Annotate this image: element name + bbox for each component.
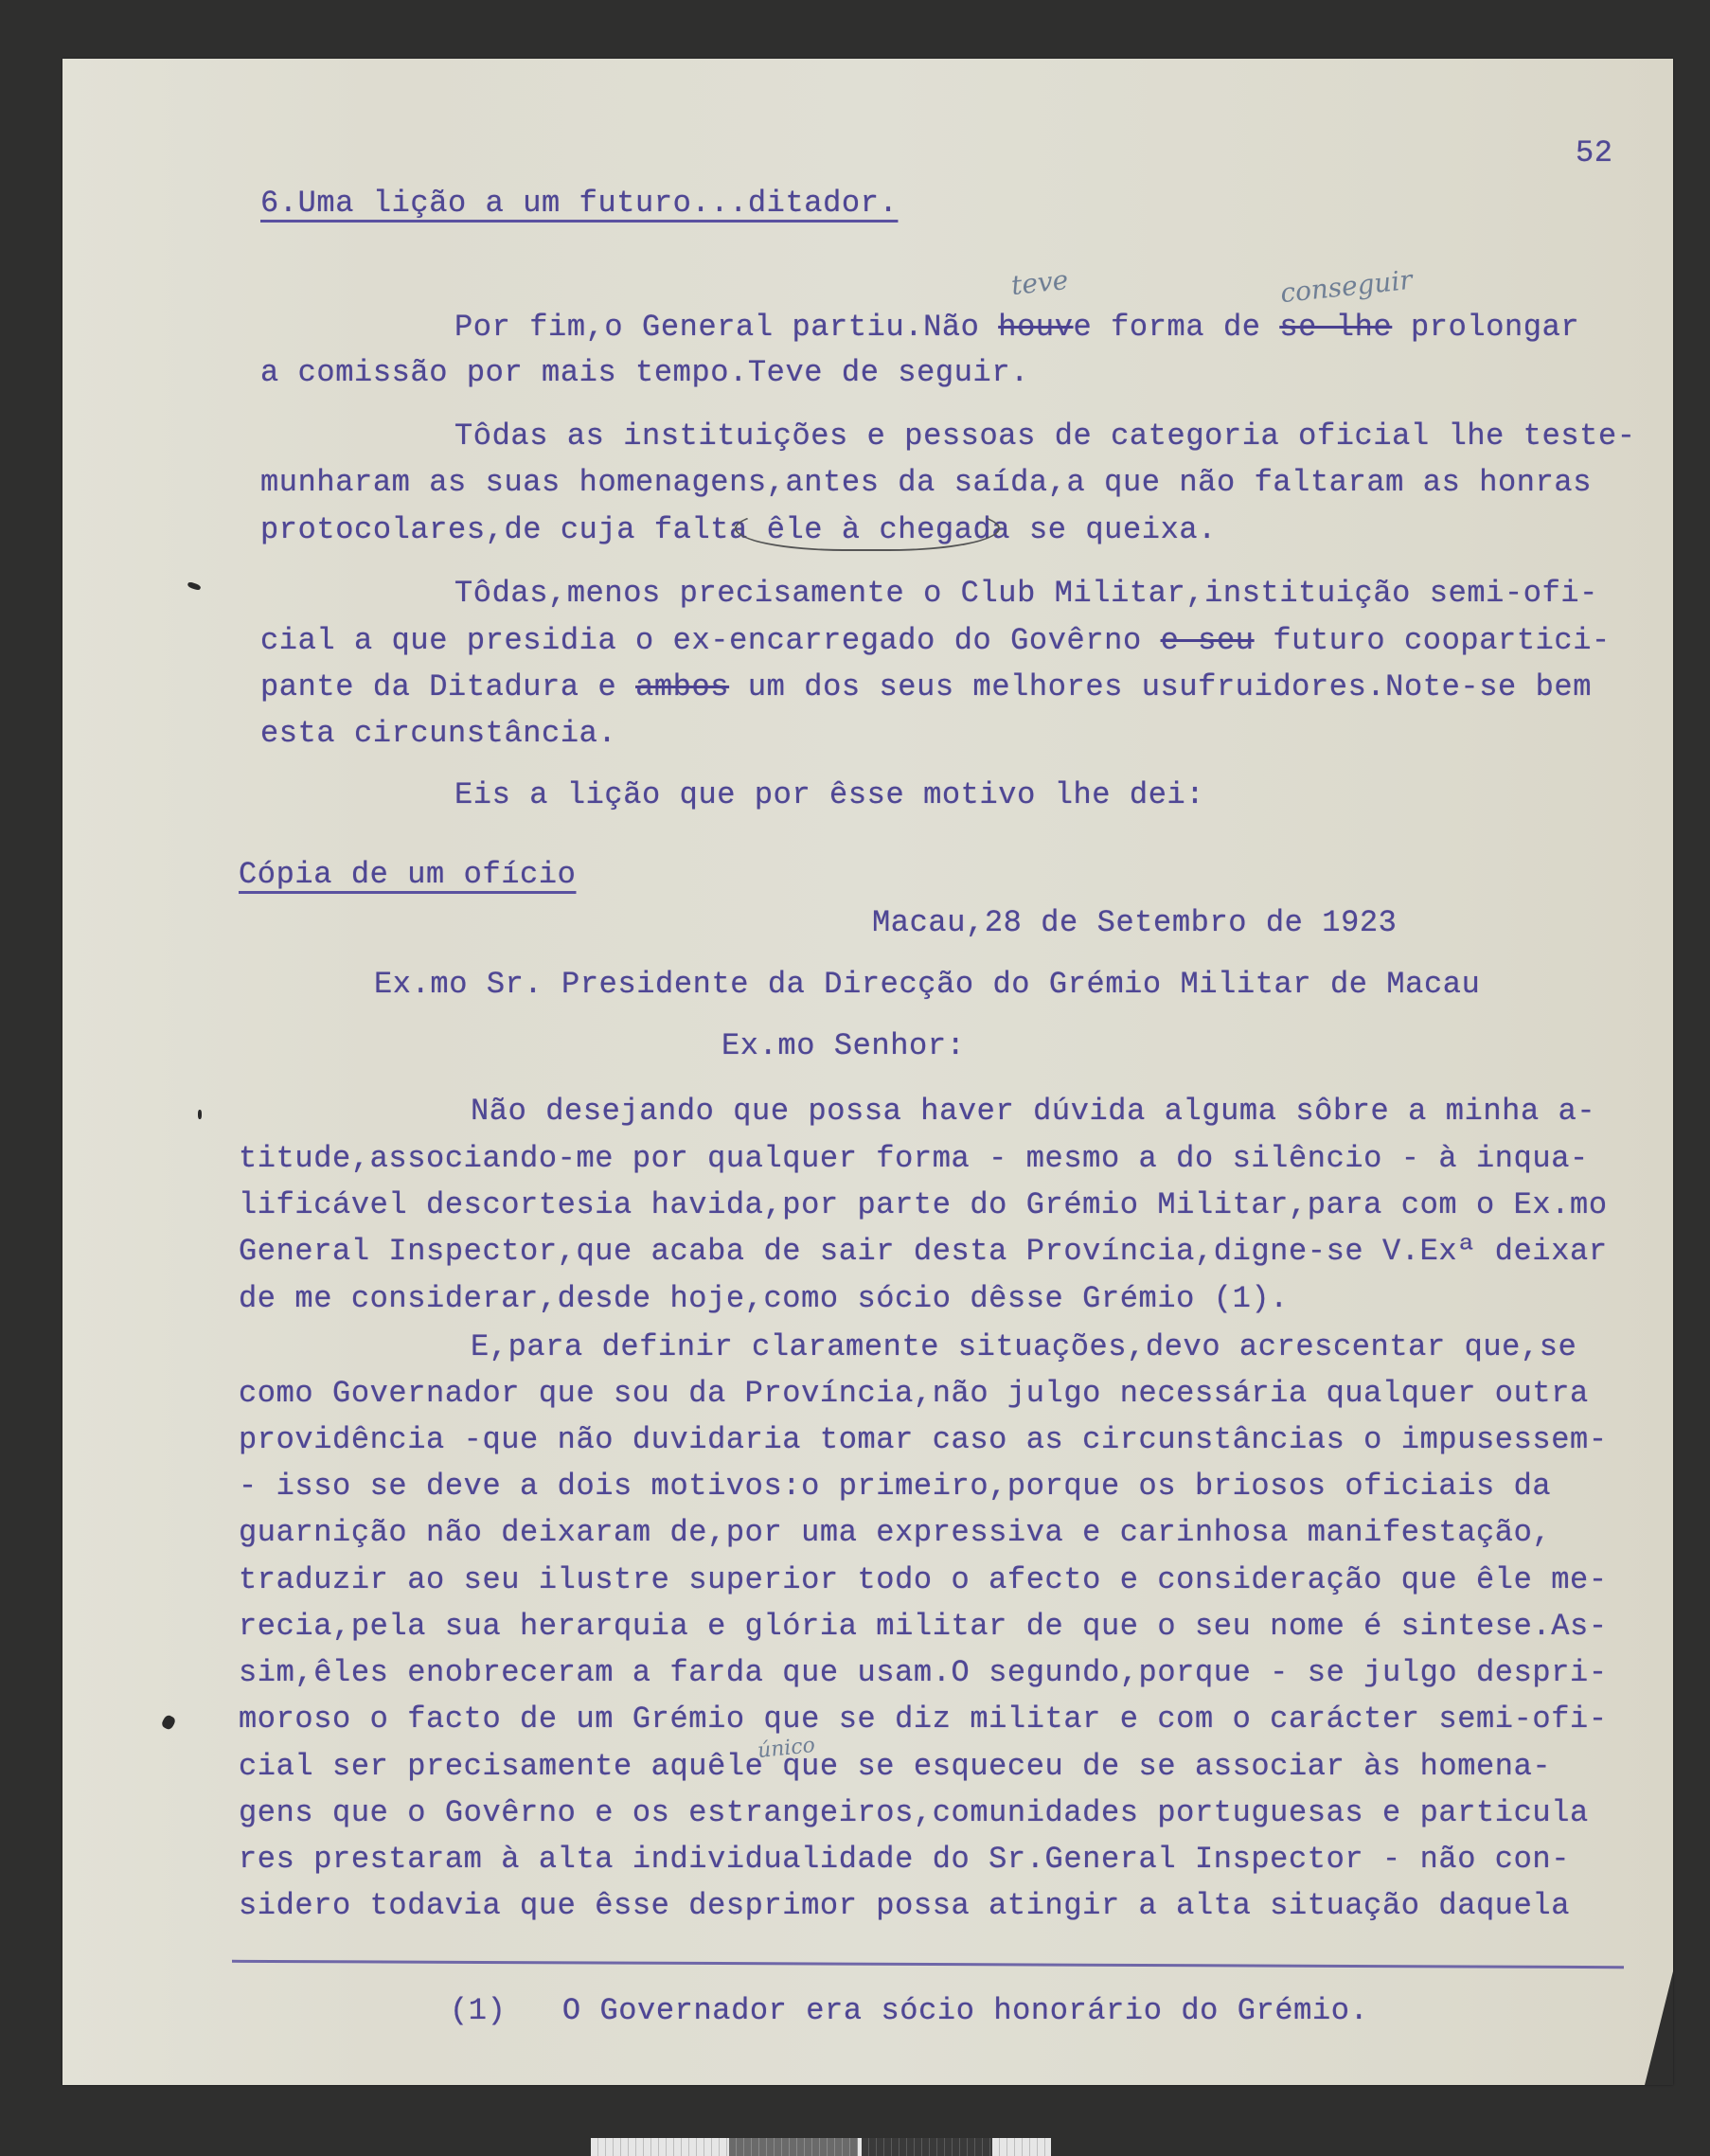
letter-paragraph-2-line-7: recia,pela sua herarquia e glória milita… bbox=[239, 1612, 1608, 1642]
letter-paragraph-1-line-4: General Inspector,que acaba de sair dest… bbox=[239, 1237, 1608, 1267]
text-segment: protocolares,de cuja falta bbox=[260, 512, 767, 547]
copy-heading: Cópia de um ofício bbox=[239, 860, 576, 890]
handwritten-bracket-mark bbox=[735, 506, 1000, 551]
paragraph-3-line-3: pante da Ditadura e ambos um dos seus me… bbox=[260, 672, 1592, 703]
letter-paragraph-2-line-8: sim,êles enobreceram a farda que usam.O … bbox=[239, 1658, 1608, 1688]
letter-paragraph-2-line-6: traduzir ao seu ilustre superior todo o … bbox=[239, 1565, 1608, 1595]
calibration-scale-white bbox=[591, 2138, 729, 2156]
paragraph-3-line-4: esta circunstância. bbox=[260, 719, 616, 749]
letter-date: Macau,28 de Setembro de 1923 bbox=[872, 908, 1398, 938]
struck-text: se lhe bbox=[1279, 310, 1392, 345]
letter-paragraph-2-line-3: providência -que não duvidaria tomar cas… bbox=[239, 1425, 1608, 1455]
paragraph-4-line-1: Eis a lição que por êsse motivo lhe dei: bbox=[454, 780, 1204, 811]
footnote-marker: (1) bbox=[450, 1993, 506, 2028]
letter-paragraph-1-line-2: titude,associando-me por qualquer forma … bbox=[239, 1144, 1589, 1174]
letter-paragraph-2-line-2: como Governador que sou da Província,não… bbox=[239, 1379, 1589, 1409]
struck-text: e seu bbox=[1161, 623, 1255, 658]
text-segment: cial a que presidia o ex-encarregado do … bbox=[260, 623, 1161, 658]
letter-paragraph-2-line-9: moroso o facto de um Grémio que se diz m… bbox=[239, 1704, 1608, 1735]
paragraph-2-line-2: munharam as suas homenagens,antes da saí… bbox=[260, 468, 1592, 498]
letter-paragraph-2-line-13: sidero todavia que êsse desprimor possa … bbox=[239, 1891, 1570, 1921]
text-segment: prolongar bbox=[1392, 310, 1579, 345]
paragraph-3-line-1: Tôdas,menos precisamente o Club Militar,… bbox=[454, 579, 1598, 609]
footnote: (1) O Governador era sócio honorário do … bbox=[450, 1996, 1368, 2026]
text-segment: se queixa. bbox=[1010, 512, 1217, 547]
handwritten-correction-teve: teve bbox=[1009, 264, 1069, 301]
struck-text: ambos bbox=[635, 669, 729, 704]
page-number: 52 bbox=[1576, 138, 1613, 169]
text-segment: e forma de bbox=[1074, 310, 1280, 345]
letter-paragraph-2-line-4: - isso se deve a dois motivos:o primeiro… bbox=[239, 1471, 1551, 1502]
footnote-text: O Governador era sócio honorário do Grém… bbox=[562, 1993, 1369, 2028]
letter-addressee: Ex.mo Sr. Presidente da Direcção do Grém… bbox=[374, 970, 1480, 1000]
letter-paragraph-1-line-3: lificável descortesia havida,por parte d… bbox=[239, 1190, 1608, 1221]
text-segment: futuro coopartici- bbox=[1255, 623, 1611, 658]
letter-paragraph-1-line-5: de me considerar,desde hoje,como sócio d… bbox=[239, 1284, 1289, 1314]
paragraph-1-line-1: Por fim,o General partiu.Não houve forma… bbox=[454, 312, 1579, 343]
letter-paragraph-1-line-1: Não desejando que possa haver dúvida alg… bbox=[471, 1096, 1595, 1127]
letter-paragraph-2-line-12: res prestaram à alta individualidade do … bbox=[239, 1844, 1570, 1875]
text-segment: pante da Ditadura e bbox=[260, 669, 635, 704]
letter-paragraph-2-line-1: E,para definir claramente situações,devo… bbox=[471, 1332, 1576, 1363]
struck-text: houv bbox=[998, 310, 1073, 345]
section-title: 6.Uma lição a um futuro...ditador. bbox=[260, 188, 898, 219]
text-segment: um dos seus melhores usufruidores.Note-s… bbox=[729, 669, 1592, 704]
paragraph-1-line-2: a comissão por mais tempo.Teve de seguir… bbox=[260, 358, 1029, 388]
footnote-spacer bbox=[506, 1993, 561, 2028]
paragraph-2-line-1: Tôdas as instituições e pessoas de categ… bbox=[454, 421, 1636, 452]
ink-speck bbox=[198, 1110, 202, 1119]
letter-paragraph-2-line-11: gens que o Govêrno e os estrangeiros,com… bbox=[239, 1798, 1589, 1828]
letter-salutation: Ex.mo Senhor: bbox=[721, 1031, 965, 1061]
text-segment: Por fim,o General partiu.Não bbox=[454, 310, 998, 345]
letter-paragraph-2-line-5: guarnição não deixaram de,por uma expres… bbox=[239, 1518, 1551, 1548]
letter-paragraph-2-line-10: cial ser precisamente aquêle que se esqu… bbox=[239, 1752, 1551, 1782]
paragraph-3-line-2: cial a que presidia o ex-encarregado do … bbox=[260, 626, 1611, 656]
calibration-scale-white-end bbox=[992, 2138, 1051, 2156]
calibration-scale-dark bbox=[862, 2138, 992, 2156]
calibration-scale-gray bbox=[729, 2138, 858, 2156]
